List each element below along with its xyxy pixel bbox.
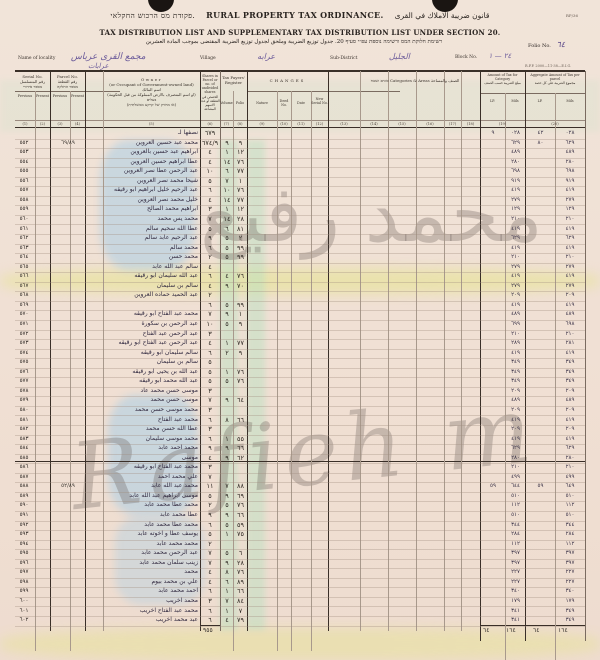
folio-label: Folio No. xyxy=(528,43,551,49)
colnum: (4) xyxy=(70,122,85,126)
agg-lp-total: ٦٤ xyxy=(533,627,539,634)
header-parcel-present: Present xyxy=(70,94,85,98)
folio-cell: ٦٢ xyxy=(234,453,247,464)
colnum: (1) xyxy=(15,122,35,126)
volume-cell: ٩ xyxy=(221,395,233,406)
parcel-cell: ٦٩/٨٩ xyxy=(53,138,83,149)
table-row: ٦٠٢عبد محمد اخريب٦٤٧٩٣٤١٣٤٩ xyxy=(15,616,585,627)
header-shares-ar: الحصص في القطعة او عدد الاسهم المشاعة xyxy=(200,95,220,111)
folio-cell: ٩ xyxy=(234,348,247,359)
volume-cell: ٤ xyxy=(221,615,233,626)
volume-cell: ٩ xyxy=(221,281,233,292)
volume-cell: ٩ xyxy=(221,453,233,464)
colnum: (9) xyxy=(247,122,277,126)
volume-cell: ٢ xyxy=(221,348,233,359)
colnum: (7) xyxy=(220,122,233,126)
locality-value: مجمع القرى عرباس xyxy=(71,52,146,62)
colnum: (11) xyxy=(291,122,311,126)
folio-cell: ٧٥ xyxy=(234,529,247,540)
colnum: (5) xyxy=(103,122,200,126)
header-agg-lp: LP. xyxy=(525,99,555,103)
agg-lp-cell: ٨٠ xyxy=(527,138,554,149)
print-code: R.P.P. 2000—11-38—E.I.G. xyxy=(525,64,571,68)
header-parcel-he: מספר החלקה xyxy=(50,84,85,89)
form-title: פקודת מס הרכוש החקלאי. RURAL PROPERTY TA… xyxy=(0,10,600,20)
folio-value: ٦٤ xyxy=(556,40,565,49)
header-agg-mils: Mils xyxy=(555,99,585,103)
title-hebrew: פקודת מס הרכוש החקלאי. xyxy=(111,11,196,20)
owner-cell: عبد محمد اخريب xyxy=(105,615,198,626)
header-categories-areas: סוגים ושטח Categories & Areas الصنف والم… xyxy=(355,78,475,83)
header-nature: Nature xyxy=(247,101,277,105)
header-volume: Volume xyxy=(220,101,233,105)
village-value: عرابه xyxy=(257,52,275,61)
colnum: (10) xyxy=(277,122,291,126)
colnum: (15) xyxy=(388,122,416,126)
shares-cell: ٦ xyxy=(201,615,219,626)
village-field: Village عرابه xyxy=(200,52,275,61)
sub-district-value: الجليل xyxy=(389,52,410,61)
folio-cell: ٧٦ xyxy=(234,376,247,387)
village-label: Village xyxy=(200,56,216,61)
locality-field: Name of locality مجمع القرى عرباس xyxy=(18,52,146,62)
header-aggregate-ar: مجموع الضريبة على كل حصة xyxy=(525,81,585,85)
volume-cell: ٥ xyxy=(221,252,233,263)
agg-mils-cell: ٣٤٩ xyxy=(556,615,584,626)
volume-cell: ١ xyxy=(221,529,233,540)
parcel-cell: ٥٢/٨٩ xyxy=(53,481,83,492)
sub-district-field: Sub-District الجليل xyxy=(330,52,410,61)
colnum: (16) xyxy=(416,122,444,126)
colnum: (14) xyxy=(360,122,388,126)
header-aggregate-en: Aggregate Amount of Tax per parcel xyxy=(525,73,585,81)
locality-label: Name of locality xyxy=(18,56,55,61)
header-tax-payers-register: Tax Payers' Register xyxy=(220,75,247,85)
folio-cell: ٧٠ xyxy=(234,281,247,292)
volume-cell: ٥ xyxy=(221,376,233,387)
colnum: (3) xyxy=(50,122,70,126)
volume-cell: ٨ xyxy=(221,415,233,426)
colnum: (6) xyxy=(200,122,220,126)
header-parcel-no: Parcel No. رقم القطعة מספר החלקה xyxy=(50,74,85,89)
header-aggregate-tax: Aggregate Amount of Tax per parcel مجموع… xyxy=(525,73,585,85)
form-subtitle-english: TAX DISTRIBUTION LIST AND SUPPLEMENTARY … xyxy=(0,28,600,37)
block-value: ٢٤ — ١ xyxy=(489,52,512,60)
colnum: (12) xyxy=(311,122,328,126)
colnum: (19) xyxy=(480,122,525,126)
header-owner-he-sub: (או מחזיק של קרקע ממשלתית) xyxy=(103,102,200,107)
colnum: (8) xyxy=(233,122,247,126)
folio-cell: ٩ xyxy=(234,319,247,330)
title-english: RURAL PROPERTY TAX ORDINANCE. xyxy=(206,10,383,20)
sub-district-label: Sub-District xyxy=(330,56,357,61)
header-amount-tax-ar: مبلغ الضريبة حسب الصنف xyxy=(480,81,525,85)
header-categories-he: סוגים ושטח xyxy=(371,78,389,83)
tax-lp-total: ٦٤ xyxy=(483,627,489,634)
header-folio: Folio xyxy=(233,101,247,105)
block-field: Block No. ٢٤ — ١ xyxy=(455,52,511,60)
subtitle-arabic: جدول توزيع الضريبة وملحق لجدول توزيع الض… xyxy=(146,39,333,45)
shares-total: ٩٥٥ xyxy=(203,627,213,634)
colnum: (2) xyxy=(35,122,50,126)
colnum: (17) xyxy=(444,122,461,126)
colnum: (20) xyxy=(525,122,585,126)
agg-mils-total: ١٦٤ xyxy=(558,627,568,634)
folio-cell: ٩٩ xyxy=(234,252,247,263)
folio-field: Folio No. ٦٤ xyxy=(528,40,565,49)
folio-cell: ٦٤ xyxy=(234,395,247,406)
volume-cell: ٥ xyxy=(221,319,233,330)
tax-lp-cell: ٩ xyxy=(482,128,504,139)
colnum: (13) xyxy=(328,122,360,126)
colnum: (18) xyxy=(461,122,480,126)
header-amount-tax: Amount of Tax for Category مبلغ الضريبة … xyxy=(480,73,525,85)
header-serial-he: מספר סידורי xyxy=(15,84,50,89)
owner-cell: عبد الحميد حماده العروين xyxy=(105,290,198,301)
serial-cell: ٦٠٢ xyxy=(16,615,32,626)
header-categories-ar: الصنف والمساحة xyxy=(431,78,459,83)
header-deed-no: Deed No. xyxy=(277,99,291,107)
locality-value-2: عرابات xyxy=(88,62,109,70)
tax-lp-cell: ٥٩ xyxy=(482,481,504,492)
header-changes: CHANGES xyxy=(247,78,328,83)
header-serial-no: Serial No. رقم المتسلسل מספר סידורי xyxy=(15,74,50,89)
header-amount-tax-en: Amount of Tax for Category xyxy=(480,73,525,81)
header-serial-previous: Previous xyxy=(15,94,35,98)
header-shares: Shares in Parcel or no. of undivided sha… xyxy=(200,74,220,95)
folio-cell: ٦٦ xyxy=(234,415,247,426)
agg-lp-cell: ٥٩ xyxy=(527,481,554,492)
tax-mils-total: ١٦٤ xyxy=(506,627,516,634)
folio-cell: ٧٩ xyxy=(234,615,247,626)
header-categories-en: Categories & Areas xyxy=(390,78,430,83)
header-new-serial: New Serial No. xyxy=(311,97,328,105)
colnum-line xyxy=(15,120,585,121)
title-arabic: قانون ضريبة الاملاك في القرى xyxy=(395,11,490,20)
document-page: RP/36 פקודת מס הרכוש החקלאי. RURAL PROPE… xyxy=(0,0,600,660)
table-top-line xyxy=(15,71,585,72)
tax-mils-cell: ٣٤١ xyxy=(506,615,525,626)
tax-distribution-table: Serial No. رقم المتسلسل מספר סידורי Prev… xyxy=(15,70,585,647)
tax-subheader-line xyxy=(480,93,585,94)
form-subtitle-translations: רשימת חלוקת המס ורשימה נוספת עפ״י סעיף 2… xyxy=(0,39,600,45)
header-owner: Owner (or Occupant of Government-owned l… xyxy=(103,77,200,107)
header-tax-lp: LP. xyxy=(480,99,505,103)
header-serial-present: Present xyxy=(35,94,50,98)
block-label: Block No. xyxy=(455,55,477,60)
subtitle-hebrew: רשימת חלוקת המס ורשימה נוספת עפ״י סעיף 2… xyxy=(335,39,442,45)
col-divider xyxy=(585,71,586,641)
header-parcel-previous: Previous xyxy=(50,94,70,98)
changes-subheader-line xyxy=(247,91,400,92)
header-date: Date xyxy=(291,101,311,105)
header-tax-mils: Mils xyxy=(505,99,525,103)
